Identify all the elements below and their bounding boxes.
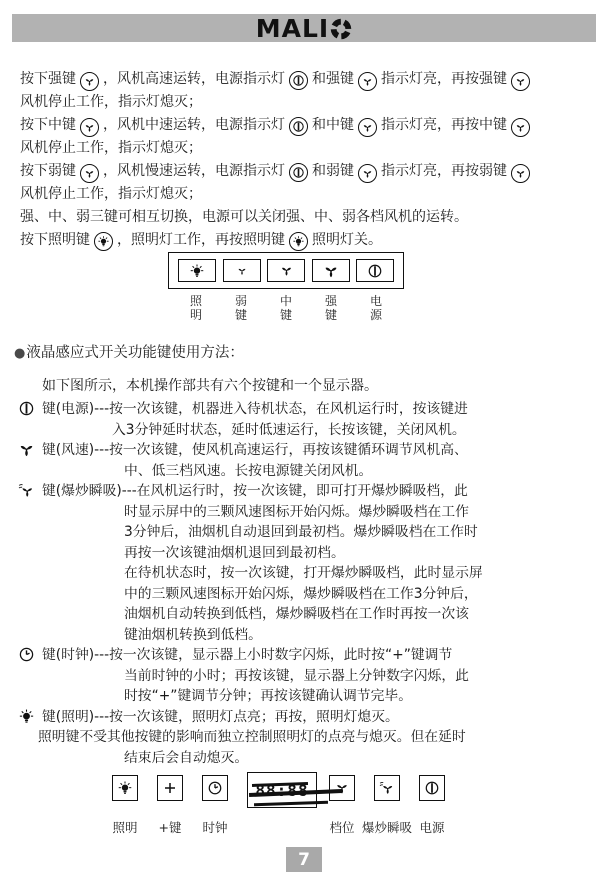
fan-circle-icon	[358, 118, 377, 137]
key-item-row: 油烟机自动转换到低档，爆炒瞬吸档在工作时再按一次该	[20, 604, 598, 625]
button-label: 电源	[419, 818, 444, 836]
scribble-mark	[254, 801, 328, 806]
panel-button-power	[419, 775, 445, 801]
key-item-row: 在待机状态时，按一次该键，打开爆炒瞬吸档，此时显示屏	[20, 563, 598, 584]
panel-button-power	[356, 259, 394, 282]
text-run: 按下弱键	[20, 163, 76, 179]
page-number: 7	[286, 847, 322, 872]
bottom-panel-diagram: 88:88 照明 +键 时钟 档位 爆炒瞬吸 电源	[112, 772, 445, 836]
fan-circle-icon	[358, 164, 377, 183]
power-circle-icon	[289, 163, 308, 182]
fan-icon	[18, 441, 35, 458]
key-item-row: 入3分钟延时状态，延时低速运行，长按该键，关闭风机。	[20, 420, 598, 441]
top-panel-frame	[168, 252, 404, 289]
text-run: 按下中键	[20, 117, 76, 133]
section-title: ●液晶感应式开关功能键使用方法：	[14, 341, 244, 362]
fan-circle-icon	[358, 72, 377, 91]
fan-icon	[237, 266, 247, 276]
text-run: 指示灯亮，再按弱键	[381, 163, 507, 179]
panel-button-low	[223, 259, 261, 282]
button-label: 中键	[279, 295, 293, 322]
fan-burst-icon	[379, 780, 395, 796]
overview-line: 如下图所示，本机操作部共有六个按键和一个显示器。	[42, 375, 378, 395]
panel-button-mid	[267, 259, 305, 282]
power-icon	[424, 780, 440, 796]
text-run: ，风机中速运转，电源指示灯	[103, 117, 285, 133]
brand-logo: MALI	[256, 14, 352, 43]
button-label: 强键	[324, 295, 338, 322]
text-run: 和中键	[312, 117, 354, 133]
power-circle-icon	[289, 117, 308, 136]
key-item: 键(时钟)---按一次该键，显示器上小时数字闪烁，此时按“+”键调节当前时钟的小…	[20, 645, 598, 707]
top-panel-diagram: 照明 弱键 中键 强键 电源	[168, 252, 404, 322]
fan-circle-icon	[80, 164, 99, 183]
brand-logo-text: MALI	[256, 14, 329, 43]
key-item-row: 键(时钟)---按一次该键，显示器上小时数字闪烁，此时按“+”键调节	[20, 645, 598, 666]
fan-burst-icon	[18, 482, 35, 499]
paragraph-line: 风机停止工作，指示灯熄灭；	[20, 91, 594, 114]
bulb-icon	[117, 780, 133, 796]
key-item-row: 3分钟后，油烟机自动退回到最初档。爆炒瞬吸档在工作时	[20, 522, 598, 543]
bullet-icon: ●	[14, 346, 25, 361]
fan-circle-icon	[511, 72, 530, 91]
text-run: 和弱键	[312, 163, 354, 179]
panel-button-light	[178, 259, 216, 282]
text-run: 强、中、弱三键可相互切换，电源可以关闭强、中、弱各档风机的运转。	[20, 209, 468, 225]
bottom-panel-buttons: 88:88	[112, 772, 445, 808]
paragraph-line: 按下中键，风机中速运转，电源指示灯和中键指示灯亮，再按中键	[20, 114, 594, 137]
panel-button-light	[112, 775, 138, 801]
paragraph-line: 按下照明键，照明灯工作，再按照明键照明灯关。	[20, 229, 594, 252]
text-run: ，照明灯工作，再按照明键	[117, 232, 285, 248]
key-item-row: 中的三颗风速图标开始闪烁，爆炒瞬吸档在工作3分钟后，	[20, 584, 598, 605]
panel-button-clock	[202, 775, 228, 801]
key-item-row: 键油烟机转换到低档。	[20, 625, 598, 646]
intro-paragraph: 按下强键，风机高速运转，电源指示灯和强键指示灯亮，再按强键 风机停止工作，指示灯…	[20, 68, 594, 252]
power-icon	[367, 263, 383, 279]
key-item-row: 当前时钟的小时；再按该键，显示器上分钟数字闪烁，此	[20, 666, 598, 687]
clock-icon	[18, 646, 35, 663]
button-label: 档位	[329, 818, 354, 836]
paragraph-line: 按下强键，风机高速运转，电源指示灯和强键指示灯亮，再按强键	[20, 68, 594, 91]
key-item: 键(爆炒瞬吸)---在风机运行时，按一次该键，即可打开爆炒瞬吸档，此时显示屏中的…	[20, 481, 598, 645]
text-run: 风机停止工作，指示灯熄灭；	[20, 140, 202, 156]
fan-circle-icon	[511, 164, 530, 183]
key-item: 键(风速)---按一次该键，使风机高速运行，再按该键循环调节风机高、中、低三档风…	[20, 440, 598, 481]
text-run: 按下照明键	[20, 232, 90, 248]
fan-icon	[323, 263, 339, 279]
key-item-row: 键(爆炒瞬吸)---在风机运行时，按一次该键，即可打开爆炒瞬吸档，此	[20, 481, 598, 502]
button-label: 照明	[189, 295, 203, 322]
paragraph-line: 风机停止工作，指示灯熄灭；	[20, 183, 594, 206]
bulb-circle-icon	[289, 232, 308, 251]
paragraph-line: 按下弱键，风机慢速运转，电源指示灯和弱键指示灯亮，再按弱键	[20, 160, 594, 183]
fan-circle-icon	[80, 118, 99, 137]
key-item-row: 时显示屏中的三颗风速图标开始闪烁。爆炒瞬吸档在工作	[20, 502, 598, 523]
bulb-icon	[189, 263, 205, 279]
text-run: 指示灯亮，再按中键	[381, 117, 507, 133]
key-item-row: 键(风速)---按一次该键，使风机高速运行，再按该键循环调节风机高、	[20, 440, 598, 461]
text-run: 风机停止工作，指示灯熄灭；	[20, 94, 202, 110]
panel-button-boost	[374, 775, 400, 801]
header-band: MALI	[12, 14, 596, 42]
footer: 7	[0, 847, 608, 872]
section-title-text: 液晶感应式开关功能键使用方法：	[26, 345, 244, 361]
bottom-panel-labels: 照明 +键 时钟 档位 爆炒瞬吸 电源	[112, 818, 445, 836]
bulb-circle-icon	[94, 232, 113, 251]
key-item-row: 结束后会自动熄灭。	[20, 748, 598, 769]
paragraph-line: 强、中、弱三键可相互切换，电源可以关闭强、中、弱各档风机的运转。	[20, 206, 594, 229]
button-label: 弱键	[234, 295, 248, 322]
button-label: 时钟	[202, 818, 227, 836]
bulb-icon	[18, 708, 35, 725]
text-run: 按下强键	[20, 71, 76, 87]
clock-display: 88:88	[247, 772, 317, 808]
key-item-row: 再按一次该键油烟机退回到最初档。	[20, 543, 598, 564]
power-circle-icon	[289, 71, 308, 90]
fan-circle-icon	[511, 118, 530, 137]
text-run: ，风机高速运转，电源指示灯	[103, 71, 285, 87]
button-label: 照明	[112, 818, 137, 836]
key-item-row: 键(照明)---按一次该键，照明灯点亮；再按，照明灯熄灭。	[20, 707, 598, 728]
fan-circle-icon	[80, 72, 99, 91]
power-icon	[18, 400, 35, 417]
text-run: ，风机慢速运转，电源指示灯	[103, 163, 285, 179]
paragraph-line: 风机停止工作，指示灯熄灭；	[20, 137, 594, 160]
key-item-row: 中、低三档风速。长按电源键关闭风机。	[20, 461, 598, 482]
fan-icon	[280, 264, 293, 277]
text-run: 和强键	[312, 71, 354, 87]
fan-icon	[335, 781, 349, 795]
key-item-row: 时按“+”键调节分钟；再按该键确认调节完毕。	[20, 686, 598, 707]
manual-page: MALI 按下强键，风机高速运转，电源指示灯和强键指示灯亮，再按强键 风机停止工…	[0, 0, 608, 881]
clock-icon	[207, 780, 223, 796]
panel-button-speed	[329, 775, 355, 801]
key-item: 键(电源)---按一次该键，机器进入待机状态，在风机运行时，按该键进入3分钟延时…	[20, 399, 598, 440]
plus-icon	[162, 780, 178, 796]
text-run: 指示灯亮，再按强键	[381, 71, 507, 87]
text-run: 照明灯关。	[312, 232, 382, 248]
logo-o-icon	[330, 18, 352, 40]
text-run: 风机停止工作，指示灯熄灭；	[20, 186, 202, 202]
key-items: 键(电源)---按一次该键，机器进入待机状态，在风机运行时，按该键进入3分钟延时…	[20, 399, 598, 768]
top-panel-labels: 照明 弱键 中键 强键 电源	[168, 295, 404, 322]
key-item-row: 照明键不受其他按键的影响而独立控制照明灯的点亮与熄灭。但在延时	[20, 727, 598, 748]
panel-button-plus	[157, 775, 183, 801]
key-item-row: 键(电源)---按一次该键，机器进入待机状态，在风机运行时，按该键进	[20, 399, 598, 420]
key-item: 键(照明)---按一次该键，照明灯点亮；再按，照明灯熄灭。照明键不受其他按键的影…	[20, 707, 598, 769]
button-label: +键	[159, 818, 182, 836]
button-label: 电源	[369, 295, 383, 322]
panel-button-high	[312, 259, 350, 282]
